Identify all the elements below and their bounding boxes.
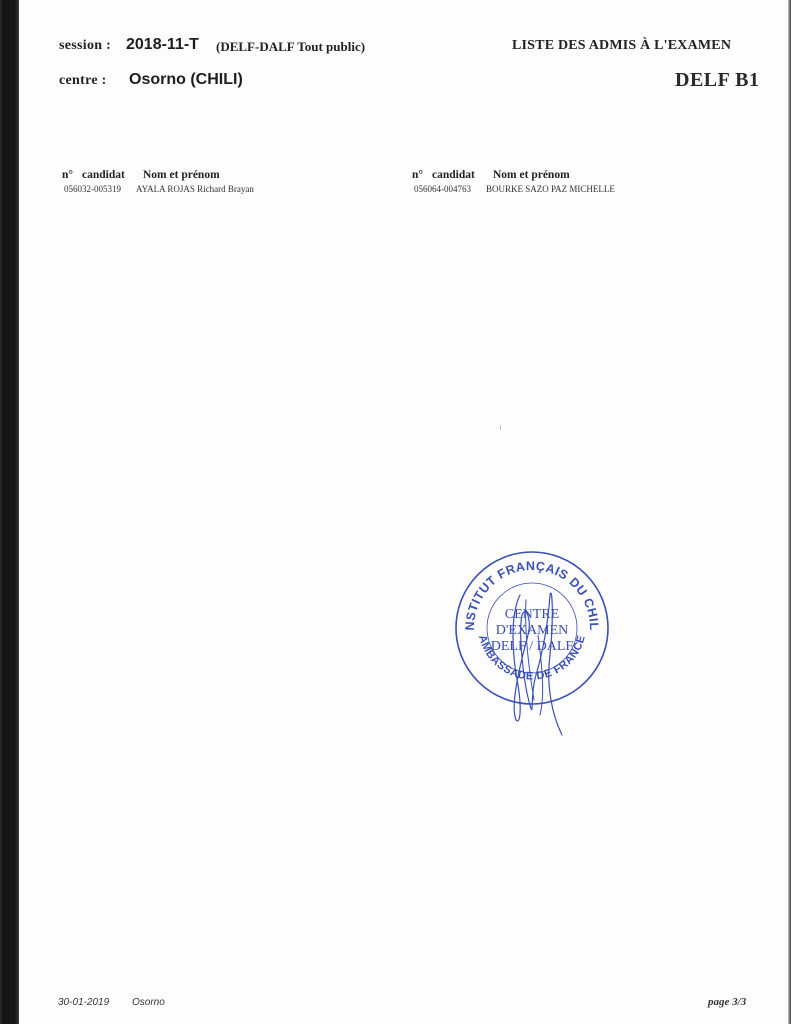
header-candidate: candidat [432,168,493,183]
signature-icon [490,575,590,745]
admitted-list-right: n°candidatNom et prénom 056064-004763BOU… [412,168,615,196]
column-header: n°candidatNom et prénom [412,168,615,183]
header-name: Nom et prénom [143,169,220,181]
footer-date: 30-01-2019 [58,997,109,1008]
candidate-number: 056064-004763 [414,183,486,196]
document-page: session : 2018-11-T (DELF-DALF Tout publ… [19,0,788,1024]
centre-label: centre : [59,73,107,89]
candidate-row: 056032-005319AYALA ROJAS Richard Brayan [62,183,254,196]
candidate-number: 056032-005319 [64,183,136,196]
candidate-row: 056064-004763BOURKE SAZO PAZ MICHELLE [412,183,615,196]
scan-artifact [500,425,501,430]
session-type: (DELF-DALF Tout public) [216,39,365,55]
header-candidate: candidat [82,168,143,183]
footer-place: Osorno [132,997,165,1008]
column-header: n°candidatNom et prénom [62,168,254,183]
session-label: session : [59,38,111,54]
session-value: 2018-11-T [126,36,199,54]
header-name: Nom et prénom [493,169,570,181]
page-number: page 3/3 [708,996,746,1008]
candidate-name: AYALA ROJAS Richard Brayan [136,184,254,194]
header-number: n° [62,168,82,183]
admitted-list-left: n°candidatNom et prénom 056032-005319AYA… [62,168,254,196]
candidate-name: BOURKE SAZO PAZ MICHELLE [486,184,615,194]
header-number: n° [412,168,432,183]
scan-border-left [0,0,19,1024]
exam-level: DELF B1 [675,69,759,92]
centre-value: Osorno (CHILI) [129,71,243,89]
list-title: LISTE DES ADMIS À L'EXAMEN [512,38,731,54]
